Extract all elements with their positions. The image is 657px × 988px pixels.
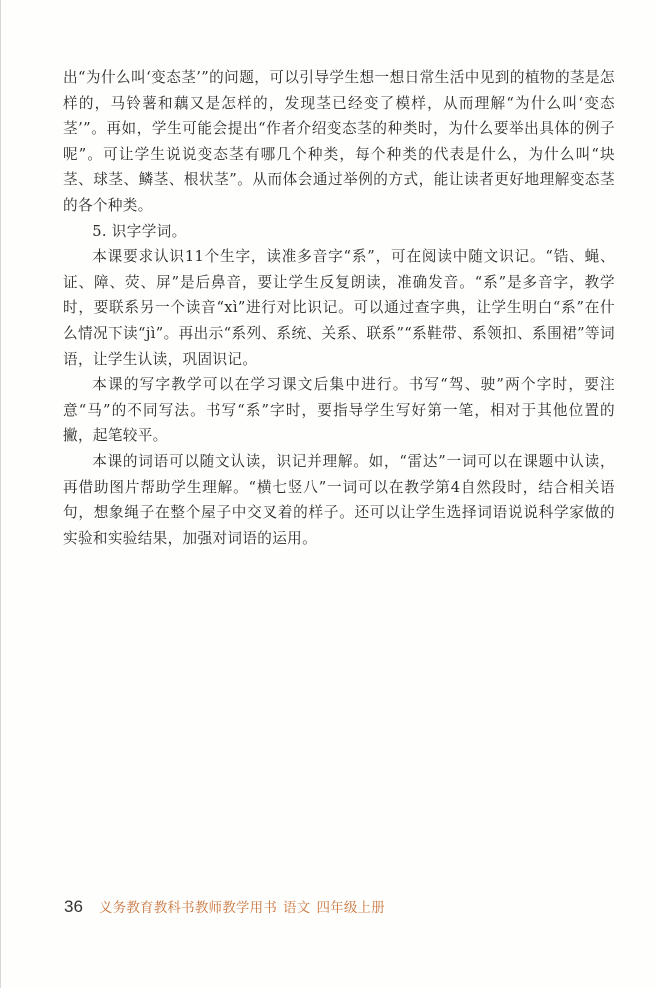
paragraph-character-recognition: 本课要求认识11个生字，读准多音字“系”，可在阅读中随文识记。“锆、蝇、证、障、… [63, 244, 615, 372]
running-title: 义务教育教科书教师教学用书语文四年级上册 [99, 896, 385, 916]
book-series-title: 义务教育教科书教师教学用书 [99, 900, 277, 916]
paragraph-vocabulary: 本课的词语可以随文认读，识记并理解。如，“雷达”一词可以在课题中认读，再借助图片… [63, 449, 615, 551]
page-footer: 36 义务教育教科书教师教学用书语文四年级上册 [64, 896, 385, 918]
page-number: 36 [64, 897, 83, 917]
body-text: 出“为什么叫‘变态茎’”的问题，可以引导学生想一想日常生活中见到的植物的茎是怎样… [63, 65, 615, 551]
paragraph-stem-discussion: 出“为什么叫‘变态茎’”的问题，可以引导学生想一想日常生活中见到的植物的茎是怎样… [63, 65, 615, 219]
document-page: 出“为什么叫‘变态茎’”的问题，可以引导学生想一想日常生活中见到的植物的茎是怎样… [0, 0, 657, 988]
book-grade: 四年级上册 [316, 900, 385, 916]
section-heading-literacy: 5. 识字学词。 [63, 219, 615, 245]
paragraph-writing-instruction: 本课的写字教学可以在学习课文后集中进行。书写“驾、驶”两个字时，要注意“马”的不… [63, 372, 615, 449]
book-subject: 语文 [283, 900, 310, 916]
page-edge-line [0, 0, 1, 988]
